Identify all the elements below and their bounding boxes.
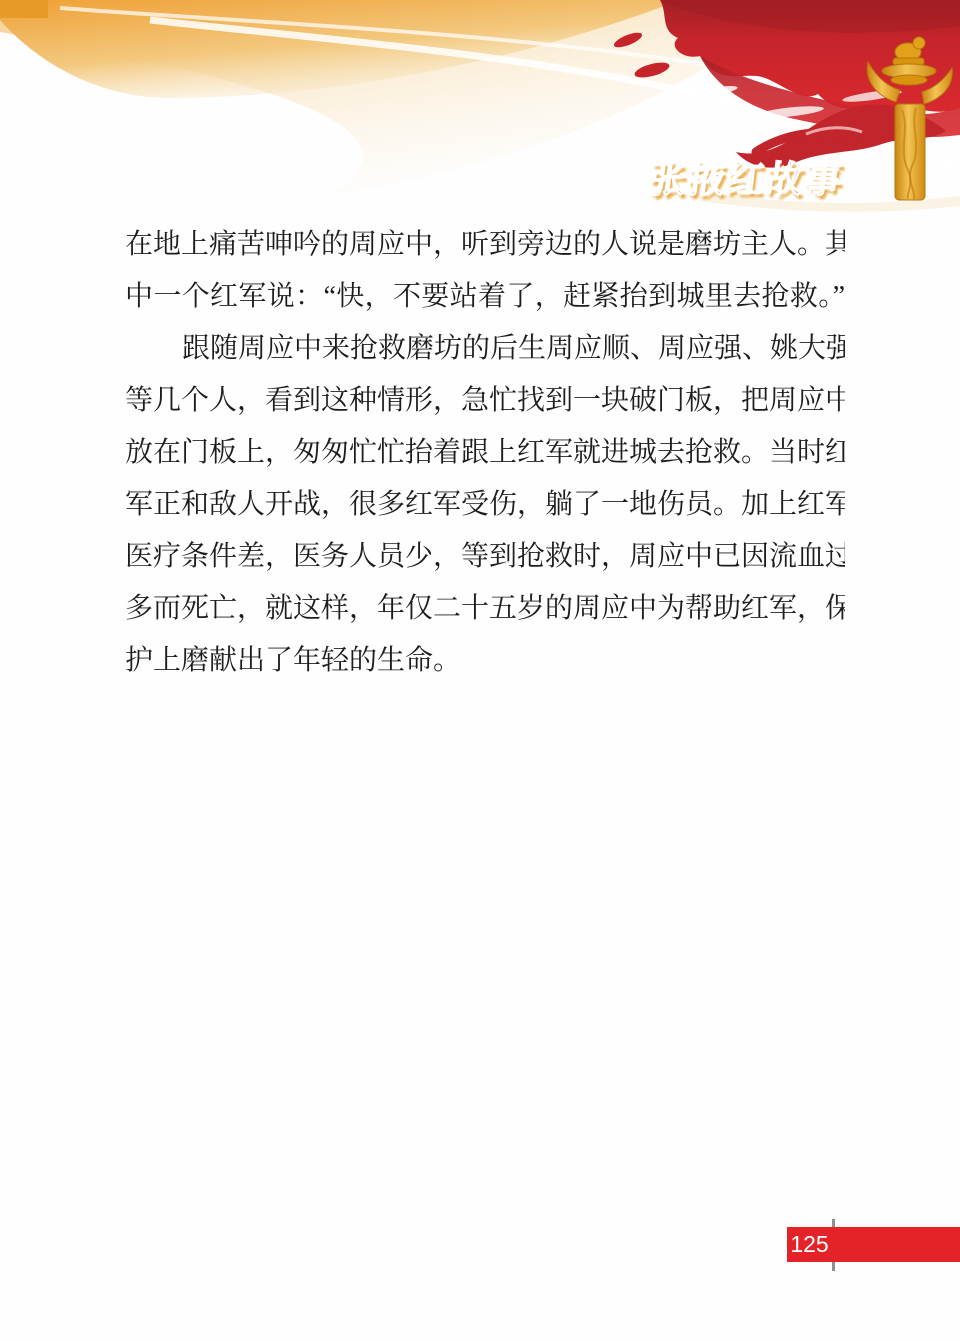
text-line: 军正和敌人开战，很多红军受伤，躺了一地伤员。加上红军 <box>125 479 845 531</box>
text-line: 护上磨献出了年轻的生命。 <box>125 635 845 687</box>
text-line: 在地上痛苦呻吟的周应中，听到旁边的人说是磨坊主人。其 <box>125 219 845 271</box>
text-line: 等几个人，看到这种情形，急忙找到一块破门板，把周应中 <box>125 375 845 427</box>
text-line: 跟随周应中来抢救磨坊的后生周应顺、周应强、姚大强 <box>125 323 845 375</box>
text-line: 多而死亡，就这样，年仅二十五岁的周应中为帮助红军，保 <box>125 583 845 635</box>
text-line: 放在门板上，匆匆忙忙抬着跟上红军就进城去抢救。当时红 <box>125 427 845 479</box>
gold-corner-block <box>0 0 48 18</box>
book-page: 张掖红故事 在地上痛苦呻吟的周应中，听到旁边的人说是磨坊主人。其 中一个红军说：… <box>0 0 960 1341</box>
text-line: 中一个红军说：“快，不要站着了，赶紧抬到城里去抢救。” <box>125 271 845 323</box>
text-line: 医疗条件差，医务人员少，等到抢救时，周应中已因流血过 <box>125 531 845 583</box>
page-number-bar: 125 <box>787 1227 960 1262</box>
page-number: 125 <box>787 1227 832 1262</box>
book-title: 张掖红故事 <box>647 149 883 195</box>
body-text: 在地上痛苦呻吟的周应中，听到旁边的人说是磨坊主人。其 中一个红军说：“快，不要站… <box>125 219 845 687</box>
